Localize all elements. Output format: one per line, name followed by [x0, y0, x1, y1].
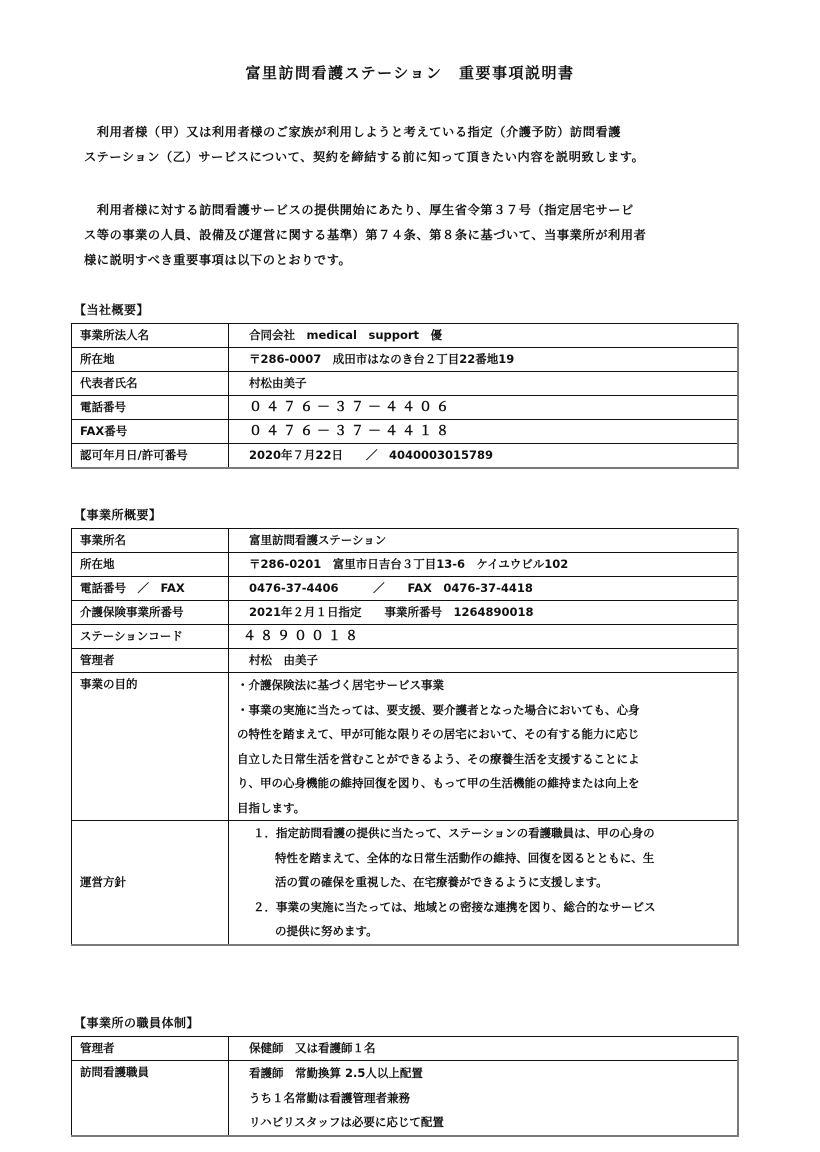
row-label: 所在地	[72, 553, 229, 577]
policy-text: １．指定訪問看護の提供に当たって、ステーションの看護職員は、甲の心身の 特性を踏…	[229, 821, 739, 945]
row-value: 〒286-0201 富里市日吉台３丁目13-6 ケイユウビル102	[229, 553, 739, 577]
row-label: 所在地	[72, 348, 229, 372]
table-row: 事業所名 富里訪問看護ステーション	[72, 529, 739, 553]
row-label: 電話番号 ／ FAX	[72, 577, 229, 601]
row-value: 村松 由美子	[229, 649, 739, 673]
purpose-line: り、甲の心身機能の維持回復を図り、もって甲の生活機能の維持または向上を	[237, 771, 729, 796]
table-row: 所在地 〒286-0201 富里市日吉台３丁目13-6 ケイユウビル102	[72, 553, 739, 577]
purpose-line: 目指します。	[237, 796, 729, 821]
row-label: FAX番号	[72, 420, 229, 444]
row-value: 合同会社 medical support 優	[229, 324, 739, 348]
row-label: 管理者	[72, 1037, 229, 1061]
policy-line: 活の質の確保を重視した、在宅療養ができるように支援します。	[253, 870, 729, 895]
row-value: ０４７６－３７－４４０６	[229, 396, 739, 420]
row-label: 介護保険事業所番号	[72, 601, 229, 625]
row-value: ０４７６－３７－４４１８	[229, 420, 739, 444]
staff-structure-heading: 【事業所の職員体制】	[74, 1014, 199, 1031]
intro-line: 様に説明すべき重要事項は以下のとおりです。	[84, 248, 724, 273]
row-label: 事業所名	[72, 529, 229, 553]
row-label: 認可年月日/許可番号	[72, 444, 229, 469]
table-row-purpose: 事業の目的 ・介護保険法に基づく居宅サービス事業 ・事業の実施に当たっては、要支…	[72, 673, 739, 821]
purpose-line: ・介護保険法に基づく居宅サービス事業	[237, 673, 729, 698]
office-overview-heading: 【事業所概要】	[74, 506, 162, 523]
intro-paragraph-1: 利用者様（甲）又は利用者様のご家族が利用しようと考えている指定（介護予防）訪問看…	[84, 120, 724, 170]
table-row: 訪問看護職員 看護師 常勤換算 2.5人以上配置 うち１名常勤は看護管理者兼務 …	[72, 1061, 739, 1136]
row-value: 保健師 又は看護師１名	[229, 1037, 739, 1061]
table-row: 所在地 〒286-0007 成田市はなのき台２丁目22番地19	[72, 348, 739, 372]
table-row: 認可年月日/許可番号 2020年７月22日 ／ 4040003015789	[72, 444, 739, 469]
row-value: ４８９００１８	[229, 625, 739, 649]
intro-line: ス等の事業の人員、設備及び運営に関する基準）第７４条、第８条に基づいて、当事業所…	[84, 223, 724, 248]
table-row: 代表者氏名 村松由美子	[72, 372, 739, 396]
document-title: 富里訪問看護ステーション 重要事項説明書	[0, 62, 820, 83]
row-label: 電話番号	[72, 396, 229, 420]
policy-line: の提供に努めます。	[253, 919, 729, 944]
table-row: 電話番号 ０４７６－３７－４４０６	[72, 396, 739, 420]
table-row: 管理者 保健師 又は看護師１名	[72, 1037, 739, 1061]
policy-line: ２．事業の実施に当たっては、地域との密接な連携を図り、総合的なサービス	[253, 895, 729, 920]
policy-line: 特性を踏まえて、全体的な日常生活動作の維持、回復を図るとともに、生	[253, 846, 729, 871]
intro-line: 利用者様に対する訪問看護サービスの提供開始にあたり、厚生省令第３７号（指定居宅サ…	[84, 198, 724, 223]
staff-line: リハビリスタッフは必要に応じて配置	[249, 1110, 729, 1135]
row-value: 村松由美子	[229, 372, 739, 396]
row-label: ステーションコード	[72, 625, 229, 649]
company-overview-table: 事業所法人名 合同会社 medical support 優 所在地 〒286-0…	[71, 323, 739, 469]
row-label: 代表者氏名	[72, 372, 229, 396]
purpose-line: ・事業の実施に当たっては、要支援、要介護者となった場合においても、心身	[237, 698, 729, 723]
purpose-line: 自立した日常生活を営むことができるよう、その療養生活を支援することによ	[237, 747, 729, 772]
row-label: 事業の目的	[72, 673, 229, 821]
row-label: 管理者	[72, 649, 229, 673]
staff-line: うち１名常勤は看護管理者兼務	[249, 1086, 729, 1111]
intro-line: 利用者様（甲）又は利用者様のご家族が利用しようと考えている指定（介護予防）訪問看…	[84, 120, 724, 145]
intro-line: ステーション（乙）サービスについて、契約を締結する前に知って頂きたい内容を説明致…	[84, 145, 724, 170]
row-value: 2020年７月22日 ／ 4040003015789	[229, 444, 739, 469]
table-row: FAX番号 ０４７６－３７－４４１８	[72, 420, 739, 444]
table-row-policy: 運営方針 １．指定訪問看護の提供に当たって、ステーションの看護職員は、甲の心身の…	[72, 821, 739, 945]
row-label: 運営方針	[72, 821, 229, 945]
staff-lines: 看護師 常勤換算 2.5人以上配置 うち１名常勤は看護管理者兼務 リハビリスタッ…	[229, 1061, 739, 1136]
policy-number: １．	[253, 826, 276, 840]
table-row: 介護保険事業所番号 2021年２月１日指定 事業所番号 1264890018	[72, 601, 739, 625]
row-value: 0476-37-4406 ／ FAX 0476-37-4418	[229, 577, 739, 601]
office-overview-table: 事業所名 富里訪問看護ステーション 所在地 〒286-0201 富里市日吉台３丁…	[71, 528, 739, 946]
table-row: 電話番号 ／ FAX 0476-37-4406 ／ FAX 0476-37-44…	[72, 577, 739, 601]
row-value: 2021年２月１日指定 事業所番号 1264890018	[229, 601, 739, 625]
row-label: 訪問看護職員	[72, 1061, 229, 1136]
policy-line: １．指定訪問看護の提供に当たって、ステーションの看護職員は、甲の心身の	[253, 821, 729, 846]
company-overview-heading: 【当社概要】	[74, 301, 149, 318]
row-value: 富里訪問看護ステーション	[229, 529, 739, 553]
table-row: 管理者 村松 由美子	[72, 649, 739, 673]
purpose-text: ・介護保険法に基づく居宅サービス事業 ・事業の実施に当たっては、要支援、要介護者…	[229, 673, 739, 821]
row-value: 〒286-0007 成田市はなのき台２丁目22番地19	[229, 348, 739, 372]
table-row: ステーションコード ４８９００１８	[72, 625, 739, 649]
purpose-line: の特性を踏まえて、甲が可能な限りその居宅において、その有する能力に応じ	[237, 722, 729, 747]
intro-paragraph-2: 利用者様に対する訪問看護サービスの提供開始にあたり、厚生省令第３７号（指定居宅サ…	[84, 198, 724, 273]
policy-number: ２．	[253, 900, 276, 914]
staff-line: 看護師 常勤換算 2.5人以上配置	[249, 1061, 729, 1086]
table-row: 事業所法人名 合同会社 medical support 優	[72, 324, 739, 348]
staff-structure-table: 管理者 保健師 又は看護師１名 訪問看護職員 看護師 常勤換算 2.5人以上配置…	[71, 1036, 739, 1137]
row-label: 事業所法人名	[72, 324, 229, 348]
